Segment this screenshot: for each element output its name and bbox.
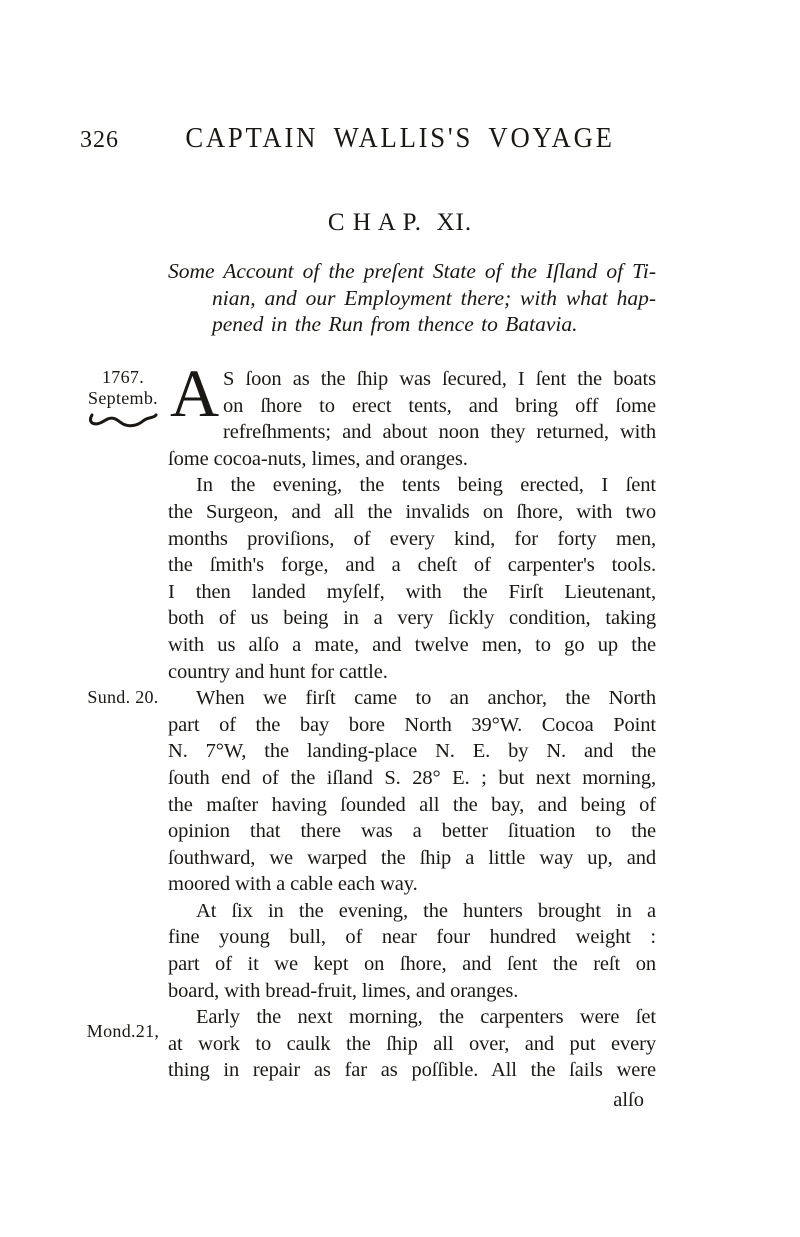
paragraph: Mond.21,Early the next morning, the carp… <box>168 1004 656 1084</box>
text-line: part of the bay bore North 39°W. Cocoa P… <box>168 712 656 739</box>
text-line: board, with bread-fruit, limes, and oran… <box>168 978 656 1005</box>
text-line: part of it we kept on ſhore, and ſent th… <box>168 951 656 978</box>
text-line: S ſoon as the ſhip was ſecured, I ſent t… <box>168 366 656 393</box>
text-line: ſouth end of the iſland S. 28° E. ; but … <box>168 765 656 792</box>
text-line: the Surgeon, and all the invalids on ſho… <box>168 499 656 526</box>
summary-line: nian, and our Employment there; with wha… <box>168 282 656 309</box>
paragraph: 1767.Septemb.AS ſoon as the ſhip was ſec… <box>168 366 656 472</box>
text-line: thing in repair as far as poſſible. All … <box>168 1057 656 1084</box>
paragraph: At ſix in the evening, the hunters broug… <box>168 898 656 1004</box>
text-line: Early the next morning, the carpenters w… <box>168 1004 656 1031</box>
book-page: 326 CAPTAIN WALLIS'S VOYAGE C H A P. XI.… <box>0 0 800 1237</box>
margin-note-line: Sund. 20. <box>82 687 164 708</box>
text-line: refreſhments; and about noon they return… <box>168 419 656 446</box>
catchword: alſo <box>168 1089 656 1112</box>
text-line: I then landed myſelf, with the Firſt Lie… <box>168 579 656 606</box>
text-line: country and hunt for cattle. <box>168 659 656 686</box>
summary-line: Some Account of the preſent State of the… <box>168 255 656 282</box>
margin-note: Mond.21, <box>82 1021 164 1042</box>
margin-note: 1767.Septemb. <box>82 367 164 429</box>
text-line: opinion that there was a better ſituatio… <box>168 818 656 845</box>
text-line: on ſhore to erect tents, and bring off ſ… <box>168 393 656 420</box>
margin-note-line: Mond.21, <box>82 1021 164 1042</box>
drop-cap: A <box>170 367 216 420</box>
body-text: 1767.Septemb.AS ſoon as the ſhip was ſec… <box>168 366 656 1084</box>
text-line: the maſter having ſounded all the bay, a… <box>168 792 656 819</box>
brace-flourish-icon <box>86 411 160 429</box>
text-line: At ſix in the evening, the hunters broug… <box>168 898 656 925</box>
text-line: both of us being in a very ſickly condit… <box>168 605 656 632</box>
paragraph: In the evening, the tents being erected,… <box>168 472 656 685</box>
text-line: the ſmith's forge, and a cheſt of carpen… <box>168 552 656 579</box>
margin-note-line: Septemb. <box>82 388 164 409</box>
text-line: ſouthward, we warped the ſhip a little w… <box>168 845 656 872</box>
text-line: fine young bull, of near four hundred we… <box>168 924 656 951</box>
chapter-heading: C H A P. XI. <box>0 209 800 237</box>
running-header: CAPTAIN WALLIS'S VOYAGE <box>32 122 768 155</box>
text-line: In the evening, the tents being erected,… <box>168 472 656 499</box>
text-line: When we firſt came to an anchor, the Nor… <box>168 685 656 712</box>
text-line: N. 7°W, the landing-place N. E. by N. an… <box>168 738 656 765</box>
text-line: ſome cocoa-nuts, limes, and oranges. <box>168 446 656 473</box>
text-line: with us alſo a mate, and twelve men, to … <box>168 632 656 659</box>
paragraph: Sund. 20.When we firſt came to an anchor… <box>168 685 656 898</box>
text-line: moored with a cable each way. <box>168 871 656 898</box>
margin-note: Sund. 20. <box>82 687 164 708</box>
margin-note-line: 1767. <box>82 367 164 388</box>
text-line: at work to caulk the ſhip all over, and … <box>168 1031 656 1058</box>
summary-line: pened in the Run from thence to Batavia. <box>168 308 656 335</box>
chapter-summary: Some Account of the preſent State of the… <box>168 255 656 335</box>
text-line: months proviſions, of every kind, for fo… <box>168 526 656 553</box>
